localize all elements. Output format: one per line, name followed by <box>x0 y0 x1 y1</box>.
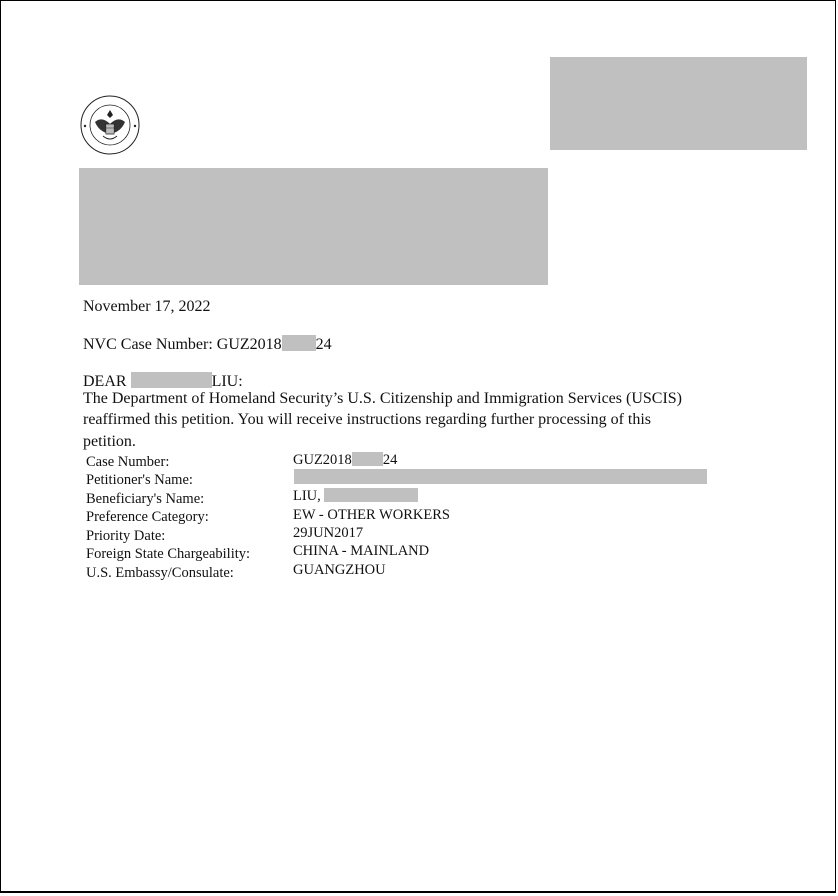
nvc-case-label: NVC Case Number: <box>83 336 213 353</box>
case-number-suffix: 24 <box>383 452 398 468</box>
redacted-case-digits <box>352 452 383 466</box>
letter-date: November 17, 2022 <box>83 298 211 316</box>
body-line-2: reaffirmed this petition. You will recei… <box>83 411 651 429</box>
detail-label-chargeability: Foreign State Chargeability: <box>86 546 250 562</box>
redacted-header-box <box>550 57 807 150</box>
nvc-case-suffix: 24 <box>316 336 332 353</box>
beneficiary-surname: LIU, <box>293 488 321 504</box>
redacted-address-box <box>79 168 548 285</box>
detail-value-preference: EW - OTHER WORKERS <box>293 507 450 523</box>
nvc-case-prefix: GUZ2018 <box>217 336 282 353</box>
detail-label-case-number: Case Number: <box>86 454 169 470</box>
detail-label-consulate: U.S. Embassy/Consulate: <box>86 565 234 581</box>
nvc-case-number: NVC Case Number: GUZ201824 <box>83 335 332 354</box>
detail-value-priority-date: 29JUN2017 <box>293 525 363 541</box>
detail-label-preference: Preference Category: <box>86 509 209 525</box>
redacted-petitioner-name <box>294 469 707 484</box>
body-line-1: The Department of Homeland Security’s U.… <box>83 390 682 408</box>
detail-value-beneficiary: LIU, <box>293 488 418 504</box>
salutation-prefix: DEAR <box>83 373 127 390</box>
salutation: DEAR LIU: <box>83 372 243 391</box>
detail-value-case-number: GUZ201824 <box>293 452 397 468</box>
redacted-first-name <box>131 372 212 388</box>
case-number-prefix: GUZ2018 <box>293 452 352 468</box>
redacted-beneficiary-given-name <box>324 488 418 502</box>
detail-label-petitioner: Petitioner's Name: <box>86 472 193 488</box>
department-of-state-seal-icon <box>79 94 141 156</box>
detail-label-beneficiary: Beneficiary's Name: <box>86 491 204 507</box>
detail-label-priority-date: Priority Date: <box>86 528 165 544</box>
detail-value-chargeability: CHINA - MAINLAND <box>293 543 429 559</box>
salutation-suffix: LIU: <box>212 373 243 390</box>
redacted-case-digits <box>282 335 316 351</box>
letter-page: November 17, 2022 NVC Case Number: GUZ20… <box>0 0 836 893</box>
detail-value-consulate: GUANGZHOU <box>293 562 386 578</box>
body-line-3: petition. <box>83 433 136 451</box>
